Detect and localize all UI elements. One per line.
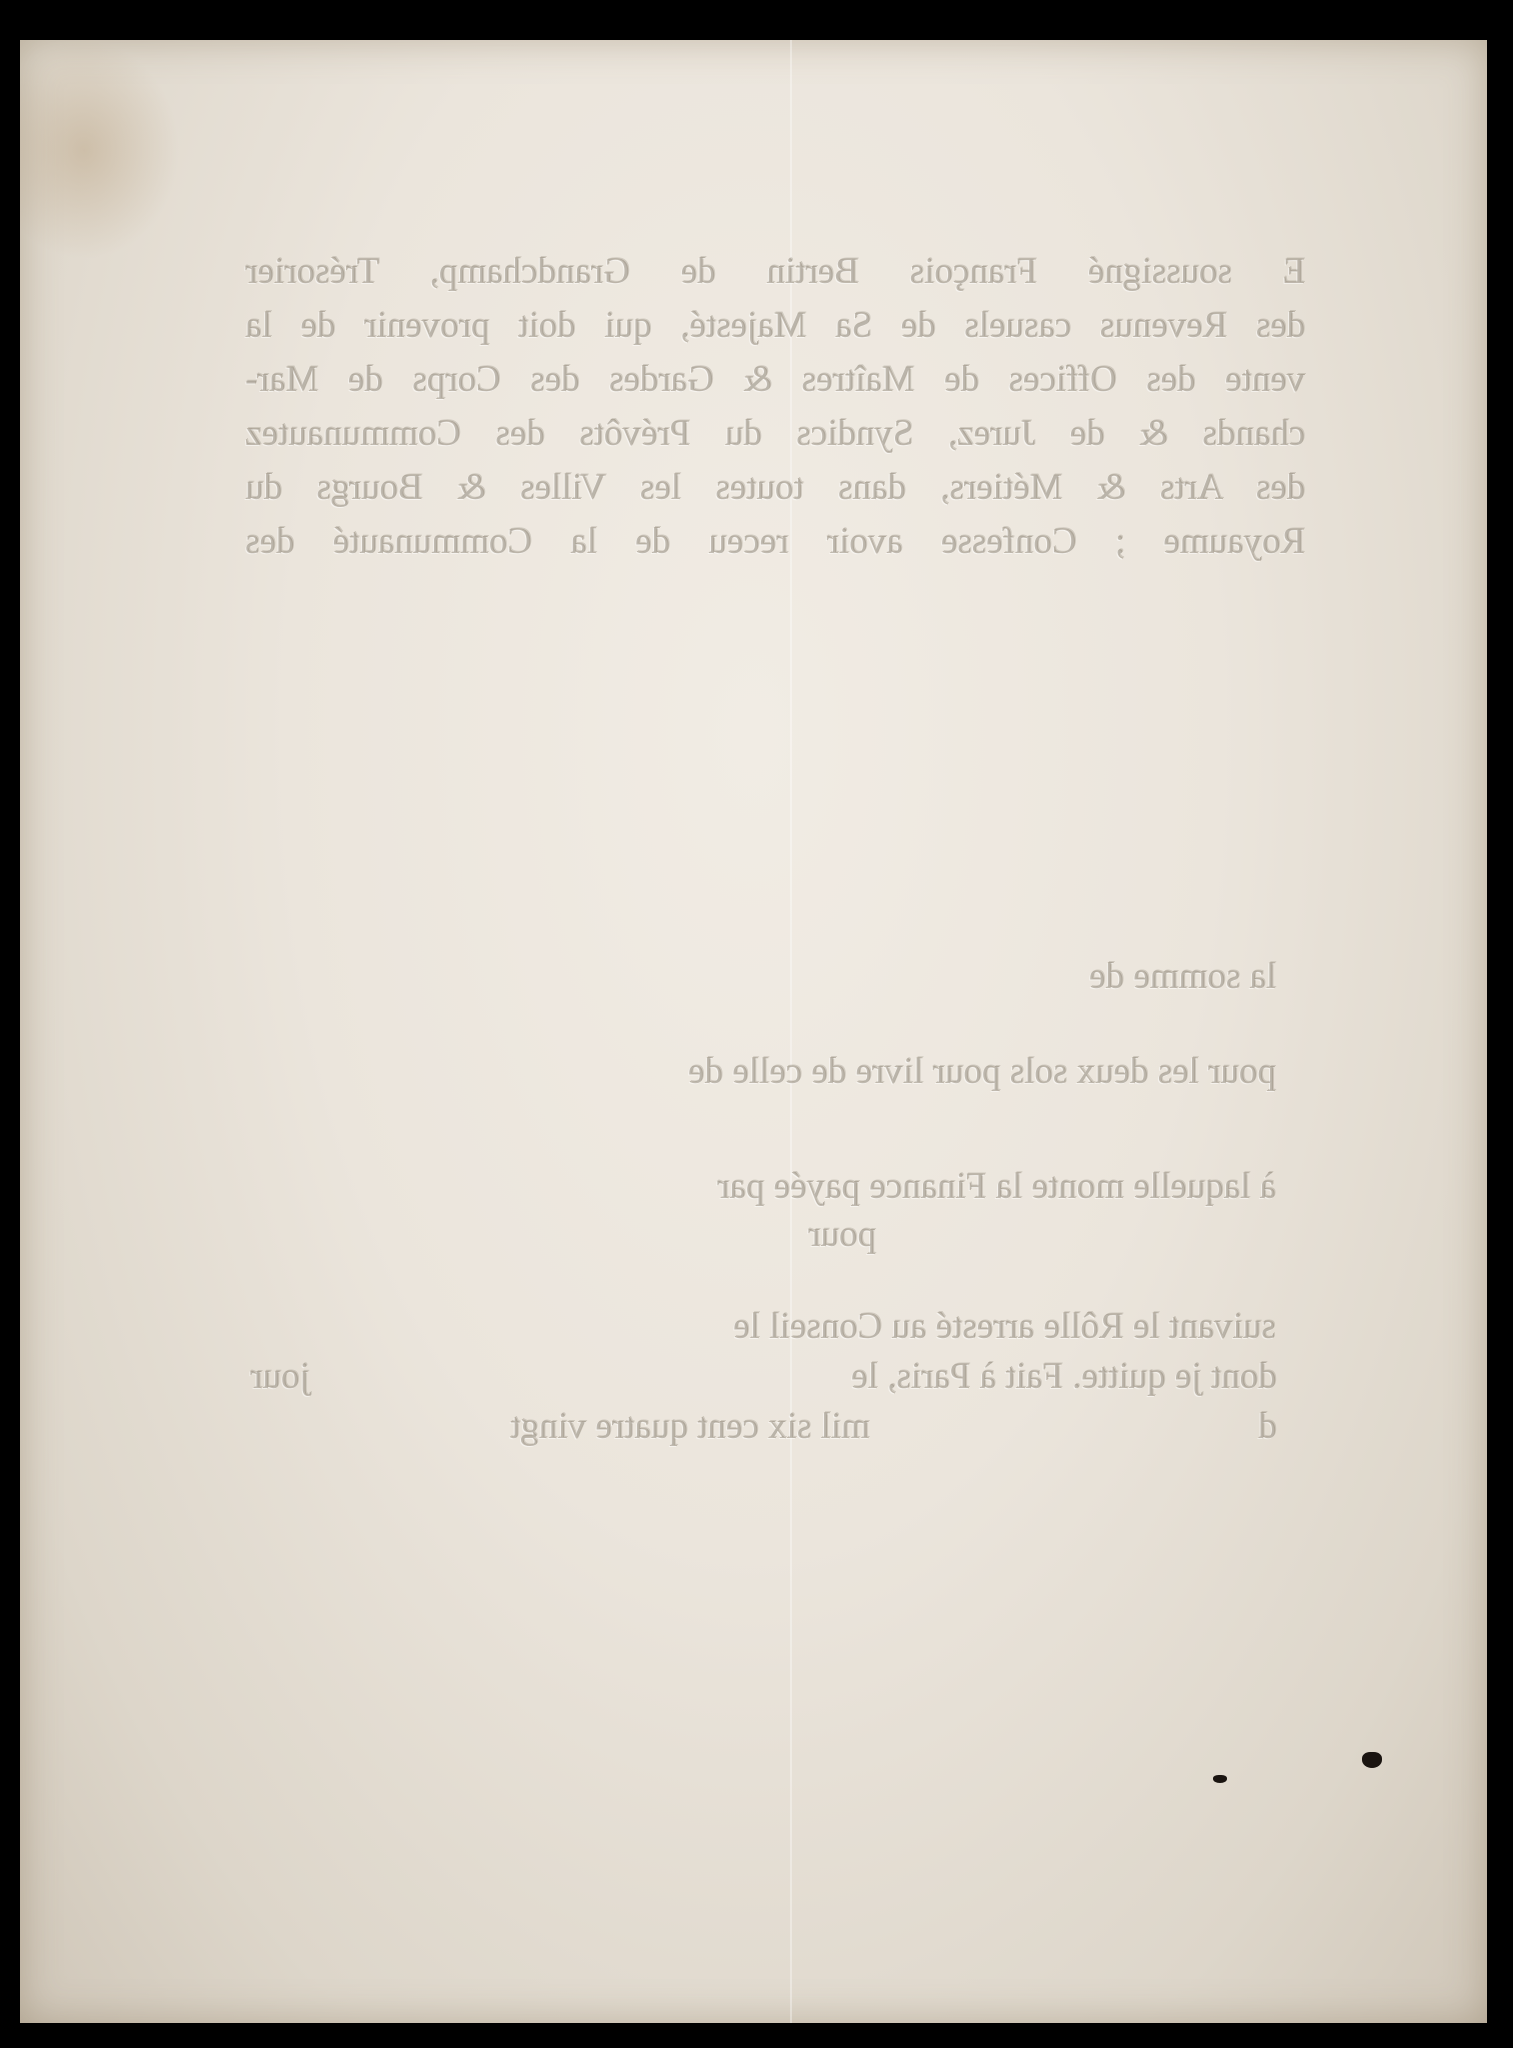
date-d: d	[1258, 1400, 1277, 1454]
paper-hole	[1362, 1752, 1382, 1768]
deux-sols-line: pour les deux sols pour livre de celle d…	[688, 1045, 1276, 1099]
text-line: Royaume ; Confesse avoir receu de la Com…	[245, 515, 1305, 569]
text-line: des Revenus casuels de Sa Majesté, qui d…	[245, 299, 1305, 353]
quitte-line: dont je quitte. Fait à Paris, le	[851, 1350, 1276, 1404]
paper-hole	[1213, 1775, 1227, 1783]
text-line: des Arts & Métiers, dans toutes les Vill…	[245, 461, 1305, 515]
jour-word: jour	[250, 1350, 310, 1404]
text-line: E soussigné François Bertin de Grandcham…	[245, 245, 1305, 299]
text-line: chands & de Jurez, Syndics du Prévôts de…	[245, 407, 1305, 461]
finance-line: à laquelle monte la Finance payée par	[717, 1160, 1276, 1214]
pour-line: pour	[808, 1208, 876, 1262]
suivant-line: suivant le Rôlle arresté au Conseil le	[733, 1300, 1276, 1354]
somme-line: la somme de	[1089, 950, 1276, 1004]
paragraph-block: E soussigné François Bertin de Grandcham…	[245, 245, 1305, 569]
water-stain	[20, 40, 180, 260]
text-line: vente des Offices de Maîtres & Gardes de…	[245, 353, 1305, 407]
mil-line: mil six cent quatre vingt	[510, 1400, 870, 1454]
